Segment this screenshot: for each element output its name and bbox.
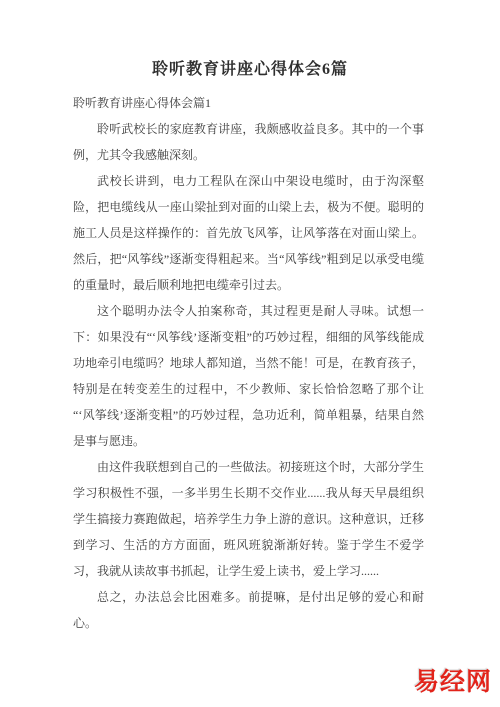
- section-heading: 聆听教育讲座心得体会篇1: [73, 90, 424, 116]
- paragraph: 总之，办法总会比困难多。前提嘛，是付出足够的爱心和耐心。: [73, 584, 424, 636]
- site-logo: 易经网: [414, 669, 492, 697]
- paragraph: 这个聪明办法令人拍案称奇，其过程更是耐人寻味。试想一下：如果没有“‘风筝线’逐渐…: [73, 298, 424, 454]
- paragraph: 武校长讲到，电力工程队在深山中架设电缆时，由于沟深壑险，把电缆线从一座山梁扯到对…: [73, 168, 424, 298]
- paragraph: 由这件我联想到自己的一些做法。初接班这个时，大部分学生学习积极性不强，一多半男生…: [73, 454, 424, 584]
- paragraph: 聆听武校长的家庭教育讲座，我颇感收益良多。其中的一个事例，尤其令我感触深刻。: [73, 116, 424, 168]
- document-title: 聆听教育讲座心得体会6篇: [0, 59, 500, 81]
- document-body: 聆听教育讲座心得体会篇1 聆听武校长的家庭教育讲座，我颇感收益良多。其中的一个事…: [73, 90, 424, 636]
- document-page: 聆听教育讲座心得体会6篇 聆听教育讲座心得体会篇1 聆听武校长的家庭教育讲座，我…: [0, 0, 500, 707]
